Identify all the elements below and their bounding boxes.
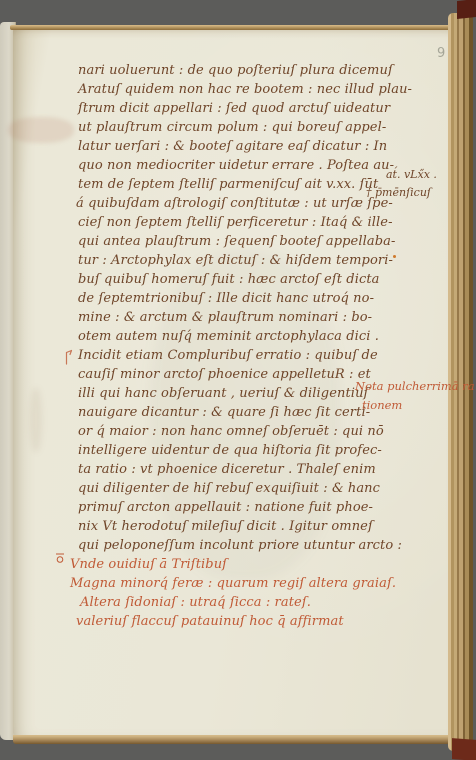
margin-note-nota: Nota pulcherrimā ra tionem bbox=[355, 377, 475, 415]
manuscript-line: Altera ſidoniaſ : utraq́ ſicca : rateſ. bbox=[80, 593, 378, 612]
manuscript-line: primuſ arcton appellauit : natione fuit … bbox=[78, 498, 378, 517]
manuscript-line: nari uoluerunt : de quo poſteriuſ plura … bbox=[78, 61, 378, 80]
manuscript-line: tem de ſeptem ſtelliſ parmeniſcuſ ait v.… bbox=[78, 175, 378, 194]
margin-note-line: Nota pulcherrimā ra bbox=[355, 377, 475, 396]
manuscript-line: Magna minorq́ feræ : quarum regiſ altera… bbox=[70, 574, 378, 593]
book-cover-corner-top bbox=[457, 0, 476, 19]
manuscript-line: ſtrum dicit appellari : ſed quod arctuſ … bbox=[78, 99, 378, 118]
manuscript-line: tur : Arctophylax eſt dictuſ : & hiſdem … bbox=[78, 251, 378, 270]
book-cover-corner-bottom bbox=[452, 738, 476, 760]
manuscript-line: ta ratio : vt phoenice diceretur . Thale… bbox=[78, 460, 378, 479]
manuscript-line: illi qui hanc obſeruant , ueriuſ & dilig… bbox=[78, 384, 378, 403]
ink-speck bbox=[393, 255, 396, 258]
manuscript-photo: 9 nari uoluerunt : de quo poſteriuſ plur… bbox=[0, 0, 476, 760]
manuscript-line: cieſ non ſeptem ſtelliſ perficeretur : I… bbox=[78, 213, 378, 232]
manuscript-line: qui peloponeſſum incolunt priore utuntur… bbox=[78, 536, 378, 555]
manuscript-line: quo non mediocriter uidetur errare . Poſ… bbox=[78, 156, 378, 175]
manuscript-line: Vnde ouidiuſ ā Triſtibuſ bbox=[70, 555, 378, 574]
manuscript-line: qui antea plauſtrum : ſequenſ booteſ app… bbox=[78, 232, 378, 251]
page-top-edge bbox=[10, 25, 456, 30]
manuscript-line: buſ quibuſ homeruſ fuit : hæc arctoſ eſt… bbox=[78, 270, 378, 289]
margin-note-line: at́. vLx̋x . bbox=[366, 166, 437, 184]
manuscript-line: nix Vt herodotuſ mileſiuſ dicit . Igitur… bbox=[78, 517, 378, 536]
main-text-block: nari uoluerunt : de quo poſteriuſ plura … bbox=[78, 61, 378, 631]
paragraph-mark-icon bbox=[63, 349, 73, 365]
manuscript-line: ut plauſtrum circum polum : qui boreuſ a… bbox=[78, 118, 378, 137]
page-bottom-edge bbox=[13, 735, 455, 744]
manuscript-line: cauſiſ minor arctoſ phoenice appelletuR … bbox=[78, 365, 378, 384]
manuscript-line: Aratuſ quidem non hac re bootem : nec il… bbox=[78, 80, 378, 99]
manuscript-line: mine : & arctum & plauſtrum nominari : b… bbox=[78, 308, 378, 327]
reference-mark-icon bbox=[55, 552, 65, 564]
manuscript-line: de ſeptemtrionibuſ : Ille dicit hanc utr… bbox=[78, 289, 378, 308]
manuscript-line: or q́ maior : non hanc omneſ obſeruēt : … bbox=[78, 422, 378, 441]
margin-note-line: tionem bbox=[355, 396, 475, 415]
margin-note-emendation: at́. vLx̋x . † p̄mēnſicuſ bbox=[366, 166, 437, 202]
manuscript-line: á quibuſdam aſtrologiſ conſtitutæ : ut u… bbox=[76, 194, 378, 213]
manuscript-line: Incidit etiam Compluribuſ erratio : quib… bbox=[78, 346, 378, 365]
manuscript-line: valeriuſ flaccuſ patauinuſ hoc q̄ affirm… bbox=[76, 612, 378, 631]
manuscript-line: nauigare dicantur : & quare ſi hæc ſit c… bbox=[78, 403, 378, 422]
folio-number: 9 bbox=[437, 46, 445, 61]
manuscript-line: otem autem nuſq́ meminit arctophylaca di… bbox=[78, 327, 378, 346]
margin-note-line: † p̄mēnſicuſ bbox=[366, 184, 437, 202]
manuscript-line: qui diligenter de hiſ rebuſ exquiſiuit :… bbox=[78, 479, 378, 498]
manuscript-line: intelligere uidentur de qua hiſtoria ſit… bbox=[78, 441, 378, 460]
manuscript-line: latur uerſari : & booteſ agitare eaſ dic… bbox=[78, 137, 378, 156]
